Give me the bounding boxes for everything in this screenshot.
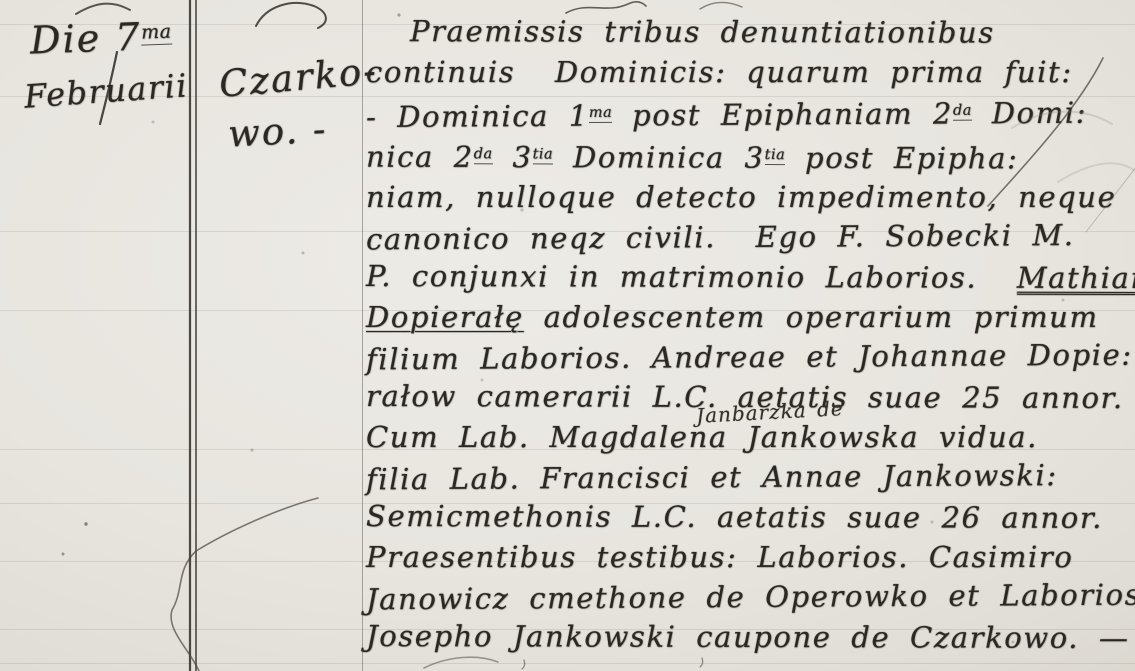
manuscript-line: - Dominica 1ma post Epiphaniam 2da Domi: bbox=[366, 90, 1135, 137]
manuscript-text-segment: filium Laborios. Andreae et Johannae Dop… bbox=[366, 338, 1133, 377]
place-name-line: wo. - bbox=[227, 107, 328, 155]
manuscript-text-segment: Praemissis tribus denuntiationibus bbox=[410, 14, 995, 50]
manuscript-text-segment: Josepho Jankowski caupone de Czarkowo. — bbox=[366, 619, 1130, 655]
manuscript-text-segment: P. conjunxi in matrimonio Laborios. bbox=[366, 259, 1017, 295]
column-divider-thin bbox=[362, 0, 363, 671]
manuscript-text-segment: Mathiam bbox=[1017, 261, 1135, 295]
manuscript-line: filium Laborios. Andreae et Johannae Dop… bbox=[366, 335, 1135, 380]
manuscript-text-segment: Semicmethonis L.C. aetatis suae 26 annor… bbox=[366, 499, 1103, 535]
cutoff-stroke-top bbox=[76, 4, 130, 14]
manuscript-line: niam, nulloque detecto impedimento, nequ… bbox=[366, 177, 1135, 217]
margin-date-line: Februarii bbox=[23, 66, 189, 115]
manuscript-text-segment: ma bbox=[141, 20, 172, 45]
manuscript-line: Praesentibus testibus: Laborios. Casimir… bbox=[366, 537, 1135, 577]
manuscript-text-segment: - Dominica 1 bbox=[366, 99, 589, 134]
manuscript-line: P. conjunxi in matrimonio Laborios. Math… bbox=[366, 256, 1135, 298]
margin-date-line: Die 7ma bbox=[29, 14, 172, 63]
paper-crease-line bbox=[171, 498, 318, 671]
manuscript-text-segment: da bbox=[474, 146, 493, 164]
manuscript-text-segment: Februarii bbox=[23, 66, 189, 115]
manuscript-text-segment: niam, nulloque detecto impedimento, nequ… bbox=[366, 180, 1116, 214]
cutoff-stroke-bottom bbox=[522, 660, 525, 669]
manuscript-line: Semicmethonis L.C. aetatis suae 26 annor… bbox=[366, 496, 1135, 538]
register-scan-page: Die 7ma Februarii Czarko- wo. - Praemiss… bbox=[0, 0, 1135, 671]
manuscript-text-segment: filia Lab. Francisci et Annae Jankowski: bbox=[366, 459, 1058, 497]
manuscript-line: Josepho Jankowski caupone de Czarkowo. — bbox=[366, 616, 1135, 658]
entry-text-column: Praemissis tribus denuntiationibuscontin… bbox=[366, 12, 1135, 657]
manuscript-text-segment: Domi: bbox=[972, 96, 1087, 131]
manuscript-text-segment: canonico neqz civili. Ego F. Sobecki M. bbox=[366, 218, 1075, 256]
column-divider-double-right bbox=[195, 0, 197, 671]
cutoff-stroke-top bbox=[700, 2, 742, 9]
manuscript-line: Janowicz cmethone de Operowko et Laborio… bbox=[366, 575, 1135, 620]
manuscript-text-segment: tia bbox=[765, 147, 786, 165]
manuscript-text-segment: Dopierałę bbox=[366, 300, 524, 334]
manuscript-text-segment: Praesentibus testibus: Laborios. Casimir… bbox=[366, 540, 1073, 574]
ruled-line bbox=[0, 663, 1135, 664]
manuscript-text-segment: 3 bbox=[493, 140, 533, 174]
manuscript-text-segment: Die 7 bbox=[29, 15, 142, 63]
column-divider-double-left bbox=[189, 0, 191, 671]
manuscript-line: nica 2da 3tia Dominica 3tia post Epipha: bbox=[366, 134, 1135, 179]
manuscript-line: canonico neqz civili. Ego F. Sobecki M. bbox=[366, 215, 1135, 260]
manuscript-text-segment: Dominica 3 bbox=[553, 140, 765, 175]
manuscript-line: continuis Dominicis: quarum prima fuit: bbox=[366, 52, 1135, 92]
place-name-line: Czarko- bbox=[217, 49, 379, 106]
manuscript-text-segment: da bbox=[953, 103, 972, 121]
manuscript-text-segment: nica 2 bbox=[366, 139, 474, 173]
manuscript-line: Dopierałę adolescentem operarium primum bbox=[366, 297, 1135, 337]
manuscript-line: Janbarzka deCum Lab. Magdalena Jankowska… bbox=[366, 417, 1135, 457]
manuscript-text-segment: ma bbox=[589, 105, 613, 123]
manuscript-line: Praemissis tribus denuntiationibus bbox=[366, 11, 1135, 53]
manuscript-text-segment: tia bbox=[533, 146, 554, 164]
manuscript-text-segment: post Epiphaniam 2 bbox=[612, 96, 953, 132]
manuscript-text-segment: Czarko- bbox=[217, 49, 379, 106]
manuscript-line: filia Lab. Francisci et Annae Jankowski: bbox=[366, 455, 1135, 500]
manuscript-text-segment: wo. - bbox=[227, 107, 328, 155]
manuscript-text-segment: Janowicz cmethone de Operowko et Laborio… bbox=[366, 578, 1135, 617]
manuscript-text-segment: continuis Dominicis: quarum prima fuit: bbox=[366, 55, 1073, 89]
paper-specks bbox=[0, 0, 2, 2]
manuscript-text-segment: adolescentem operarium primum bbox=[524, 300, 1099, 334]
manuscript-text-segment: post Epipha: bbox=[785, 140, 1018, 175]
